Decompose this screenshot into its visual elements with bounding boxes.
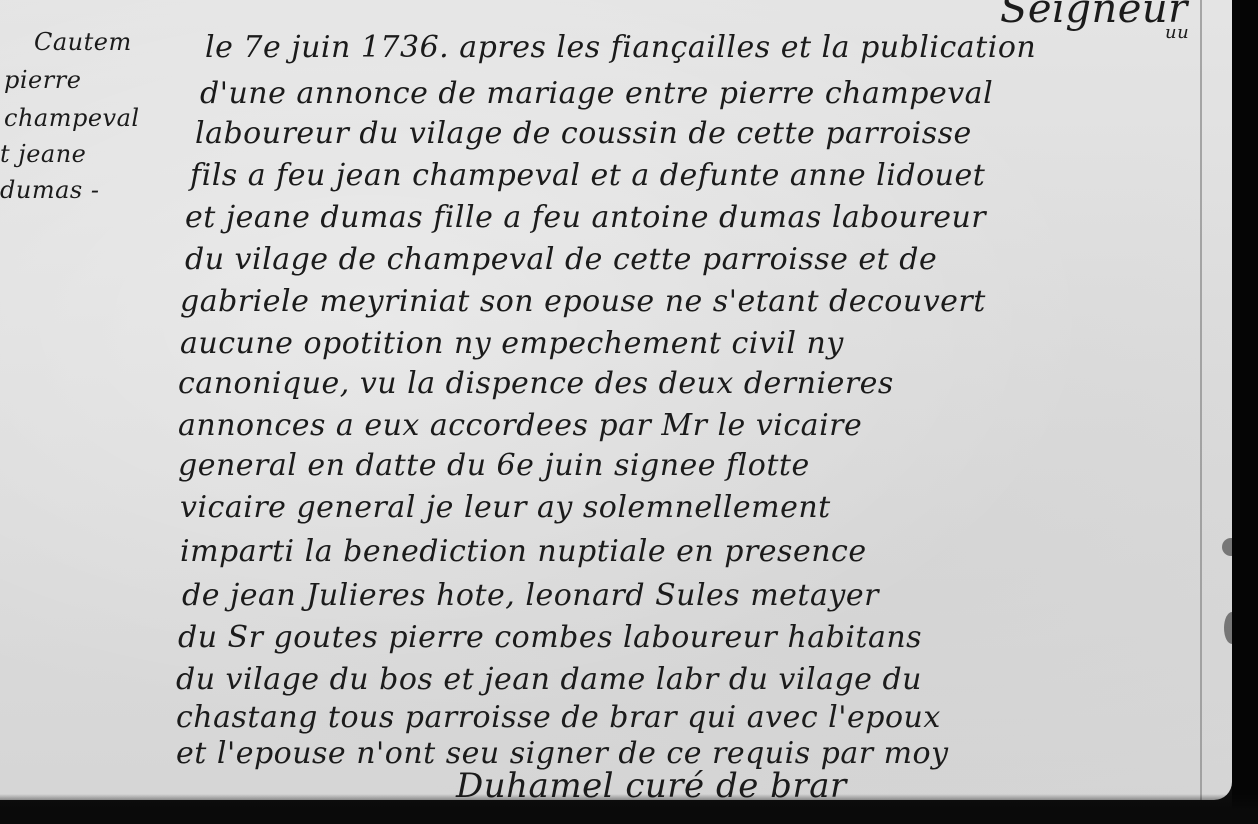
record-line: vicaire general je leur ay solemnellemen… [180,490,831,525]
record-line: annonces a eux accordees par Mr le vicai… [178,408,862,443]
record-line: fils a feu jean champeval et a defunte a… [190,158,985,193]
margin-note-line: champeval [4,104,140,132]
book-binding [1232,0,1258,824]
record-line: du vilage du bos et jean dame labr du vi… [176,662,922,697]
page-fold-line [1200,0,1202,800]
record-line: le 7e juin 1736. apres les fiançailles e… [205,30,1036,65]
margin-note-line: pierre [4,66,81,94]
record-line: imparti la benediction nuptiale en prese… [180,534,867,569]
top-fragment-suffix: uu [1165,22,1189,43]
page-bottom-edge [0,794,1258,824]
record-line: du Sr goutes pierre combes laboureur hab… [178,620,922,655]
record-line: et jeane dumas fille a feu antoine dumas… [185,200,986,235]
record-line: laboureur du vilage de coussin de cette … [195,116,972,151]
register-page: Seigneur uu Cautem pierre champeval t je… [0,0,1232,800]
margin-note-line: Cautem [34,28,132,56]
margin-note-line: dumas - [0,176,99,204]
record-line: canonique, vu la dispence des deux derni… [178,366,894,401]
record-line: general en datte du 6e juin signee flott… [178,448,810,483]
record-line: de jean Julieres hote, leonard Sules met… [182,578,879,613]
record-line: gabriele meyriniat son epouse ne s'etant… [180,284,986,319]
record-line: chastang tous parroisse de brar qui avec… [176,700,941,735]
record-line: aucune opotition ny empechement civil ny [180,326,844,361]
record-line: d'une annonce de mariage entre pierre ch… [200,76,993,111]
top-fragment-word: Seigneur [1000,0,1188,32]
margin-note-line: t jeane [0,140,86,168]
record-line: du vilage de champeval de cette parroiss… [185,242,937,277]
